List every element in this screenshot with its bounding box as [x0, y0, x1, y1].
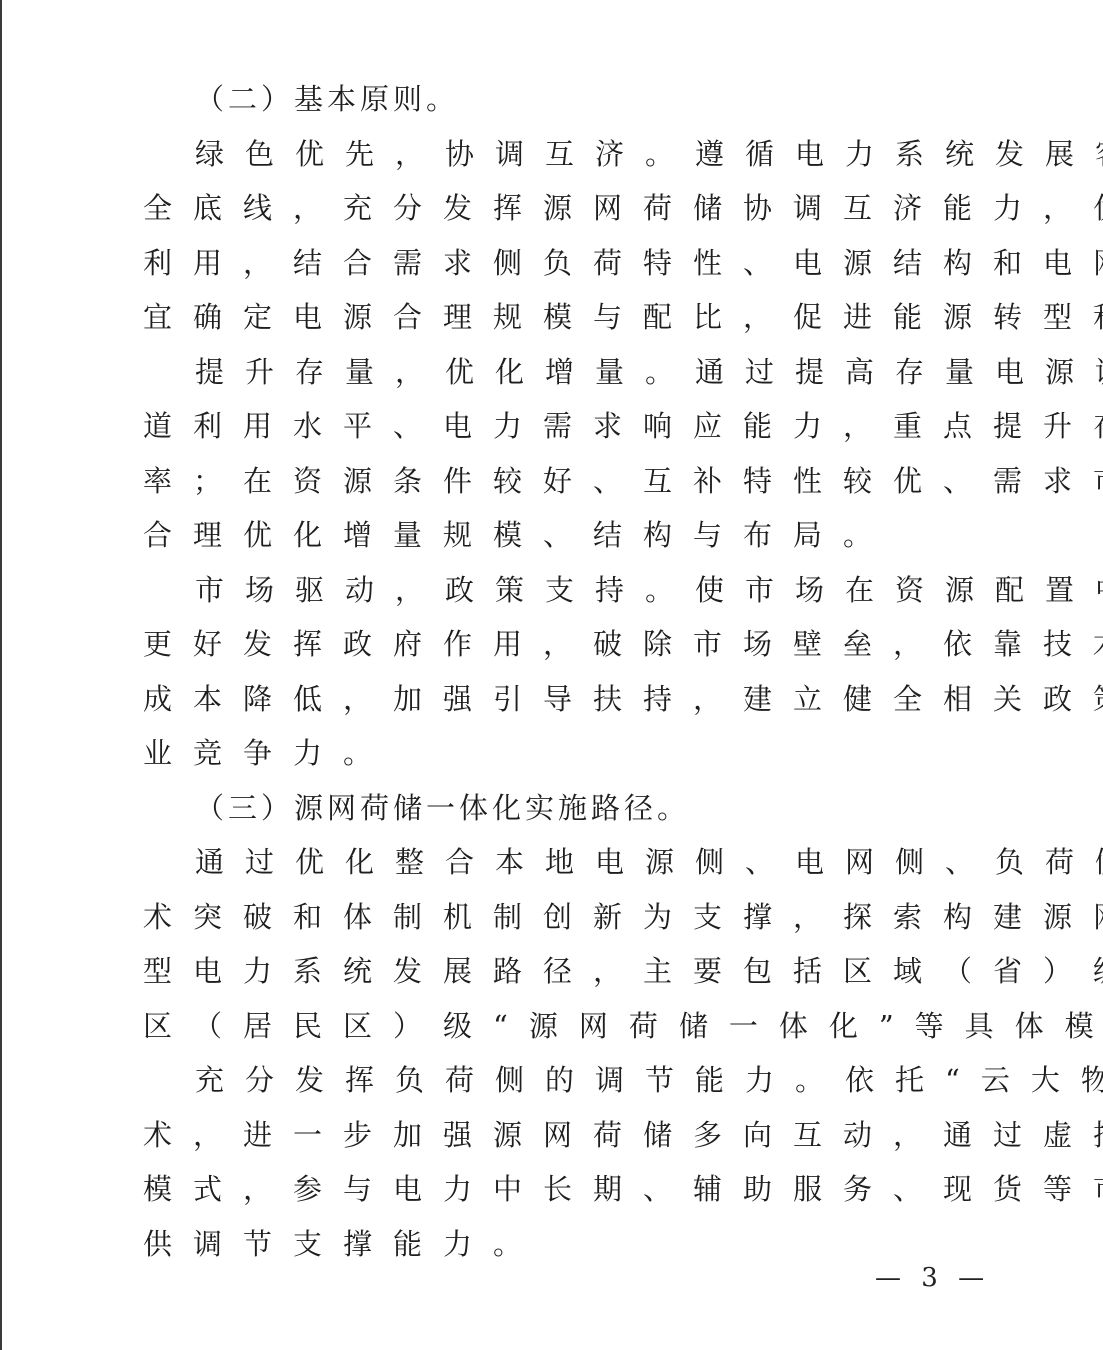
paragraph-line: 全底线，充分发挥源网荷储协调互济能力，优先可再生能源开发: [143, 181, 953, 236]
section-heading-basic-principles: （二）基本原则。: [143, 72, 953, 127]
section-heading-implementation-path: （三）源网荷储一体化实施路径。: [143, 781, 953, 836]
paragraph-integration-resources: 通过优化整合本地电源侧、电网侧、负荷侧资源，以先进技 术突破和体制机制创新为支撑…: [143, 835, 953, 1053]
paragraph-line: 率；在资源条件较好、互补特性较优、需求市场较大的送受端，: [143, 454, 953, 509]
paragraph-line: 术，进一步加强源网荷储多向互动，通过虚拟电厂等一体化聚合: [143, 1108, 953, 1163]
paragraph-line: 利用，结合需求侧负荷特性、电源结构和电网调节能力，因地制: [143, 236, 953, 291]
paragraph-line: 模式，参与电力中长期、辅助服务、现货等市场交易，为系统提: [143, 1162, 953, 1217]
paragraph-line: 通过优化整合本地电源侧、电网侧、负荷侧资源，以先进技: [143, 835, 953, 890]
paragraph-line: 道利用水平、电力需求响应能力，重点提升存量电力设备利用效: [143, 399, 953, 454]
paragraph-line: 业竞争力。: [143, 726, 953, 781]
paragraph-line: 绿色优先，协调互济。遵循电力系统发展客观规律，坚守安: [143, 127, 953, 182]
paragraph-load-side-regulation: 充分发挥负荷侧的调节能力。依托“云大物移智链”等技 术，进一步加强源网荷储多向互…: [143, 1053, 953, 1271]
paragraph-line: 充分发挥负荷侧的调节能力。依托“云大物移智链”等技: [143, 1053, 953, 1108]
paragraph-line: 更好发挥政府作用，破除市场壁垒，依靠技术进步、效率提高、: [143, 617, 953, 672]
paragraph-optimize-stock: 提升存量，优化增量。通过提高存量电源调节能力、输电通 道利用水平、电力需求响应能…: [143, 345, 953, 563]
paragraph-line: 型电力系统发展路径，主要包括区域（省）级、市（县）级、园: [143, 944, 953, 999]
paragraph-line: 提升存量，优化增量。通过提高存量电源调节能力、输电通: [143, 345, 953, 400]
scan-edge-line: [0, 0, 2, 1350]
paragraph-line: 术突破和体制机制创新为支撑，探索构建源网荷储高度融合的新: [143, 890, 953, 945]
paragraph-line: 成本降低，加强引导扶持，建立健全相关政策体系，不断提升产: [143, 672, 953, 727]
paragraph-line: 供调节支撑能力。: [143, 1217, 953, 1272]
paragraph-green-priority: 绿色优先，协调互济。遵循电力系统发展客观规律，坚守安 全底线，充分发挥源网荷储协…: [143, 127, 953, 345]
paragraph-line: 合理优化增量规模、结构与布局。: [143, 508, 953, 563]
page-number: — 3 —: [875, 1263, 990, 1293]
paragraph-line: 区（居民区）级“源网荷储一体化”等具体模式。: [143, 999, 953, 1054]
paragraph-line: 市场驱动，政策支持。使市场在资源配置中起决定性作用，: [143, 563, 953, 618]
paragraph-line: 宜确定电源合理规模与配比，促进能源转型和绿色发展。: [143, 290, 953, 345]
document-page: （二）基本原则。 绿色优先，协调互济。遵循电力系统发展客观规律，坚守安 全底线，…: [143, 72, 953, 1271]
paragraph-market-driven: 市场驱动，政策支持。使市场在资源配置中起决定性作用， 更好发挥政府作用，破除市场…: [143, 563, 953, 781]
